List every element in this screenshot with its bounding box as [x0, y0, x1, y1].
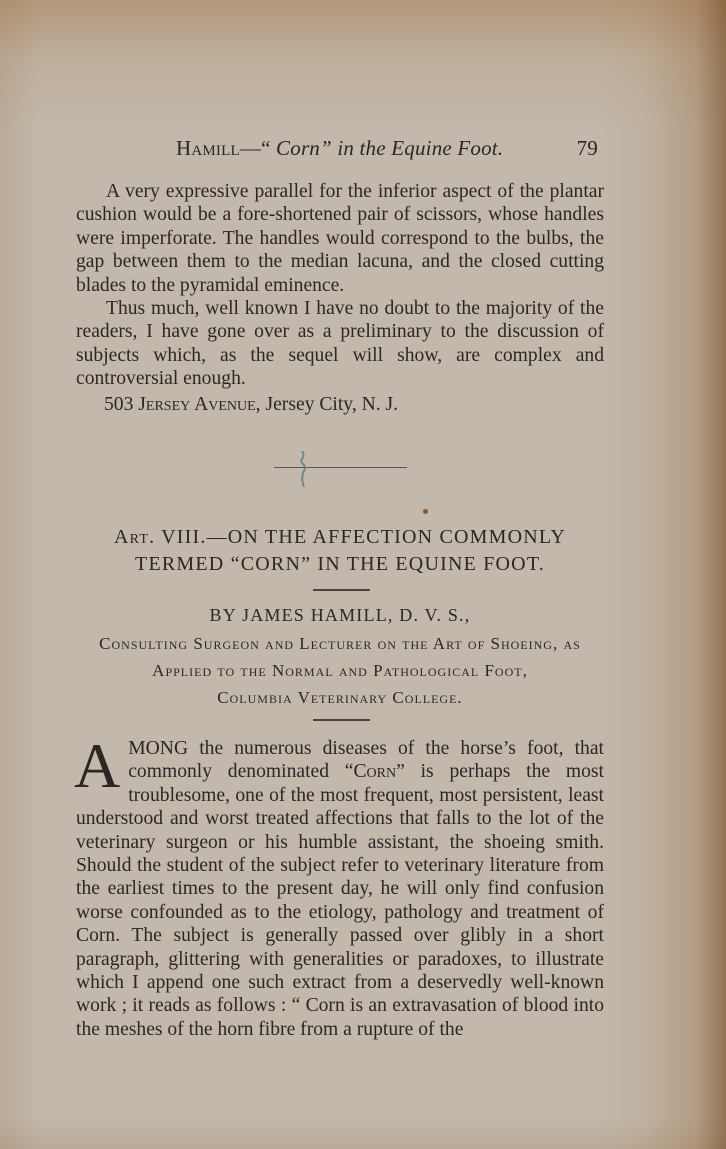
- body-text-part: ” is perhaps the most troublesome, one o…: [76, 761, 604, 1039]
- article-title-line2: TERMED “CORN” IN THE EQUINE FOOT.: [76, 551, 604, 578]
- address-number: 503: [104, 394, 138, 415]
- running-head-separator: —“: [240, 136, 276, 160]
- paragraph: A very expressive parallel for the infer…: [76, 180, 604, 297]
- address-city: , Jersey City, N. J.: [256, 394, 398, 415]
- paper-spot: [423, 509, 428, 514]
- address-street: Jersey Avenue: [138, 394, 255, 415]
- first-word: MONG: [128, 738, 188, 759]
- previous-article-text: A very expressive parallel for the infer…: [76, 180, 604, 391]
- page-number: 79: [577, 136, 598, 161]
- running-head: Hamill—“ Corn” in the Equine Foot. 79: [176, 136, 598, 161]
- affiliation-line: Applied to the Normal and Pathological F…: [76, 657, 604, 684]
- article-byline: BY JAMES HAMILL, D. V. S.,: [76, 605, 604, 626]
- affiliation-line: Consulting Surgeon and Lecturer on the A…: [76, 630, 604, 657]
- running-head-author: Hamill: [176, 136, 240, 160]
- article-body: AMONG the numerous diseases of the horse…: [76, 737, 604, 1041]
- running-head-title: Corn” in the Equine Foot.: [276, 136, 503, 160]
- book-page: Hamill—“ Corn” in the Equine Foot. 79 A …: [0, 0, 726, 1149]
- paragraph: Thus much, well known I have no doubt to…: [76, 297, 604, 391]
- drop-cap: A: [74, 741, 120, 791]
- section-divider-rule: [274, 467, 407, 468]
- author-affiliation: Consulting Surgeon and Lecturer on the A…: [76, 630, 604, 711]
- title-rule: [313, 589, 370, 591]
- article-title: Art. VIII.—ON THE AFFECTION COMMONLY TER…: [76, 524, 604, 578]
- corn-term: Corn: [353, 761, 396, 782]
- ink-stain-mark: [299, 451, 307, 487]
- author-address: 503 Jersey Avenue, Jersey City, N. J.: [104, 394, 398, 416]
- affiliation-line: Columbia Veterinary College.: [76, 684, 604, 711]
- article-title-line1: VIII.—ON THE AFFECTION COMMONLY: [155, 526, 566, 548]
- article-label: Art.: [114, 526, 155, 548]
- byline-rule: [313, 719, 370, 721]
